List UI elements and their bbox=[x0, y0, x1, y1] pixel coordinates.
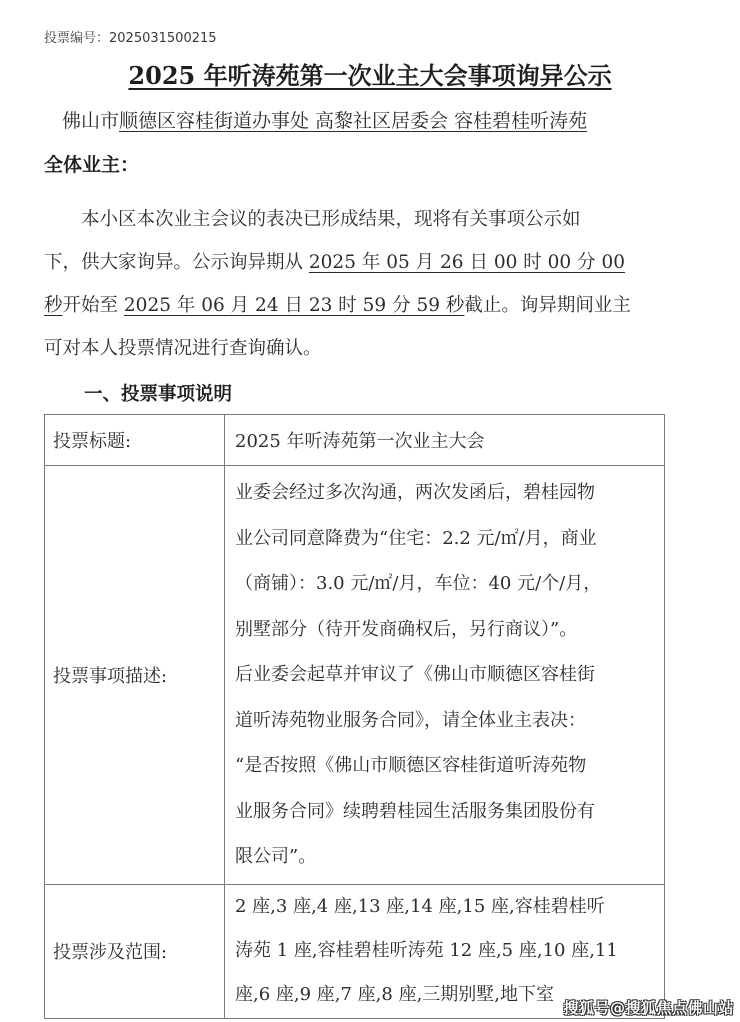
intro-line-3: 秒开始至 2025 年 06 月 24 日 23 时 59 分 59 秒截止。询… bbox=[44, 284, 644, 327]
description-line: 业委会经过多次沟通，两次发函后，碧桂园物 bbox=[235, 470, 656, 516]
row-label: 投票事项描述: bbox=[45, 466, 225, 885]
row-label: 投票标题: bbox=[45, 415, 225, 466]
intro-paragraph: 本小区本次业主会议的表决已形成结果，现将有关事项公示如 下，供大家询异。公示询异… bbox=[44, 198, 644, 370]
intro-text: 开始至 bbox=[63, 295, 124, 316]
description-line: 后业委会起草并审议了《佛山市顺德区容桂街 bbox=[235, 652, 656, 698]
description-line: 业服务合同》续聘碧桂园生活服务集团股份有 bbox=[235, 789, 656, 835]
description-line: 别墅部分（待开发商确权后，另行商议）”。 bbox=[235, 607, 656, 653]
intro-text: 截止。询异期间业主 bbox=[464, 295, 631, 316]
document-title-text: 2025 年听涛苑第一次业主大会事项询异公示 bbox=[128, 61, 611, 90]
period-start: 2025 年 05 月 26 日 00 时 00 分 00 bbox=[309, 252, 625, 273]
addressee-prefix: 佛山市 bbox=[62, 110, 119, 132]
intro-line-4: 可对本人投票情况进行查询确认。 bbox=[44, 327, 644, 370]
scope-line: 2 座,3 座,4 座,13 座,14 座,15 座,容桂碧桂听 bbox=[235, 885, 656, 929]
period-start-seconds: 秒 bbox=[44, 295, 63, 316]
vote-number-value: 2025031500215 bbox=[109, 31, 217, 46]
description-line: 限公司”。 bbox=[235, 834, 656, 880]
scope-line: 涛苑 1 座,容桂碧桂听涛苑 12 座,5 座,10 座,11 bbox=[235, 929, 656, 973]
row-value: 2025 年听涛苑第一次业主大会 bbox=[225, 415, 665, 466]
description-line: （商铺）：3.0 元/㎡/月，车位：40 元/个/月， bbox=[235, 561, 656, 607]
row-label: 投票涉及范围: bbox=[45, 884, 225, 1018]
table-row-vote-title: 投票标题: 2025 年听涛苑第一次业主大会 bbox=[45, 415, 665, 466]
addressee-organizations: 顺德区容桂街道办事处 高黎社区居委会 容桂碧桂听涛苑 bbox=[119, 110, 587, 132]
table-row-vote-description: 投票事项描述: 业委会经过多次沟通，两次发函后，碧桂园物 业公司同意降费为“住宅… bbox=[45, 466, 665, 885]
description-line: “是否按照《佛山市顺德区容桂街道听涛苑物 bbox=[235, 743, 656, 789]
addressee-line: 佛山市顺德区容桂街道办事处 高黎社区居委会 容桂碧桂听涛苑 bbox=[62, 106, 587, 133]
description-line: 道听涛苑物业服务合同》，请全体业主表决： bbox=[235, 698, 656, 744]
period-end: 2025 年 06 月 24 日 23 时 59 分 59 秒 bbox=[124, 295, 464, 316]
intro-text: 下，供大家询异。公示询异期从 bbox=[44, 252, 309, 273]
section-heading: 一、投票事项说明 bbox=[84, 380, 232, 406]
intro-line-2: 下，供大家询异。公示询异期从 2025 年 05 月 26 日 00 时 00 … bbox=[44, 241, 644, 284]
vote-number-label: 投票编号： bbox=[44, 31, 109, 46]
document-title: 2025 年听涛苑第一次业主大会事项询异公示 bbox=[0, 56, 740, 91]
salutation: 全体业主： bbox=[44, 150, 139, 177]
description-line: 业公司同意降费为“住宅：2.2 元/㎡/月，商业 bbox=[235, 516, 656, 562]
watermark: 搜狐号@搜狐焦点佛山站 bbox=[563, 997, 734, 1018]
row-value: 业委会经过多次沟通，两次发函后，碧桂园物 业公司同意降费为“住宅：2.2 元/㎡… bbox=[225, 466, 665, 885]
vote-info-table: 投票标题: 2025 年听涛苑第一次业主大会 投票事项描述: 业委会经过多次沟通… bbox=[44, 414, 665, 1019]
intro-line-1: 本小区本次业主会议的表决已形成结果，现将有关事项公示如 bbox=[44, 198, 644, 241]
vote-number: 投票编号：2025031500215 bbox=[44, 27, 217, 46]
intro-text: 可对本人投票情况进行查询确认。 bbox=[44, 338, 322, 359]
intro-text: 本小区本次业主会议的表决已形成结果，现将有关事项公示如 bbox=[81, 209, 581, 230]
